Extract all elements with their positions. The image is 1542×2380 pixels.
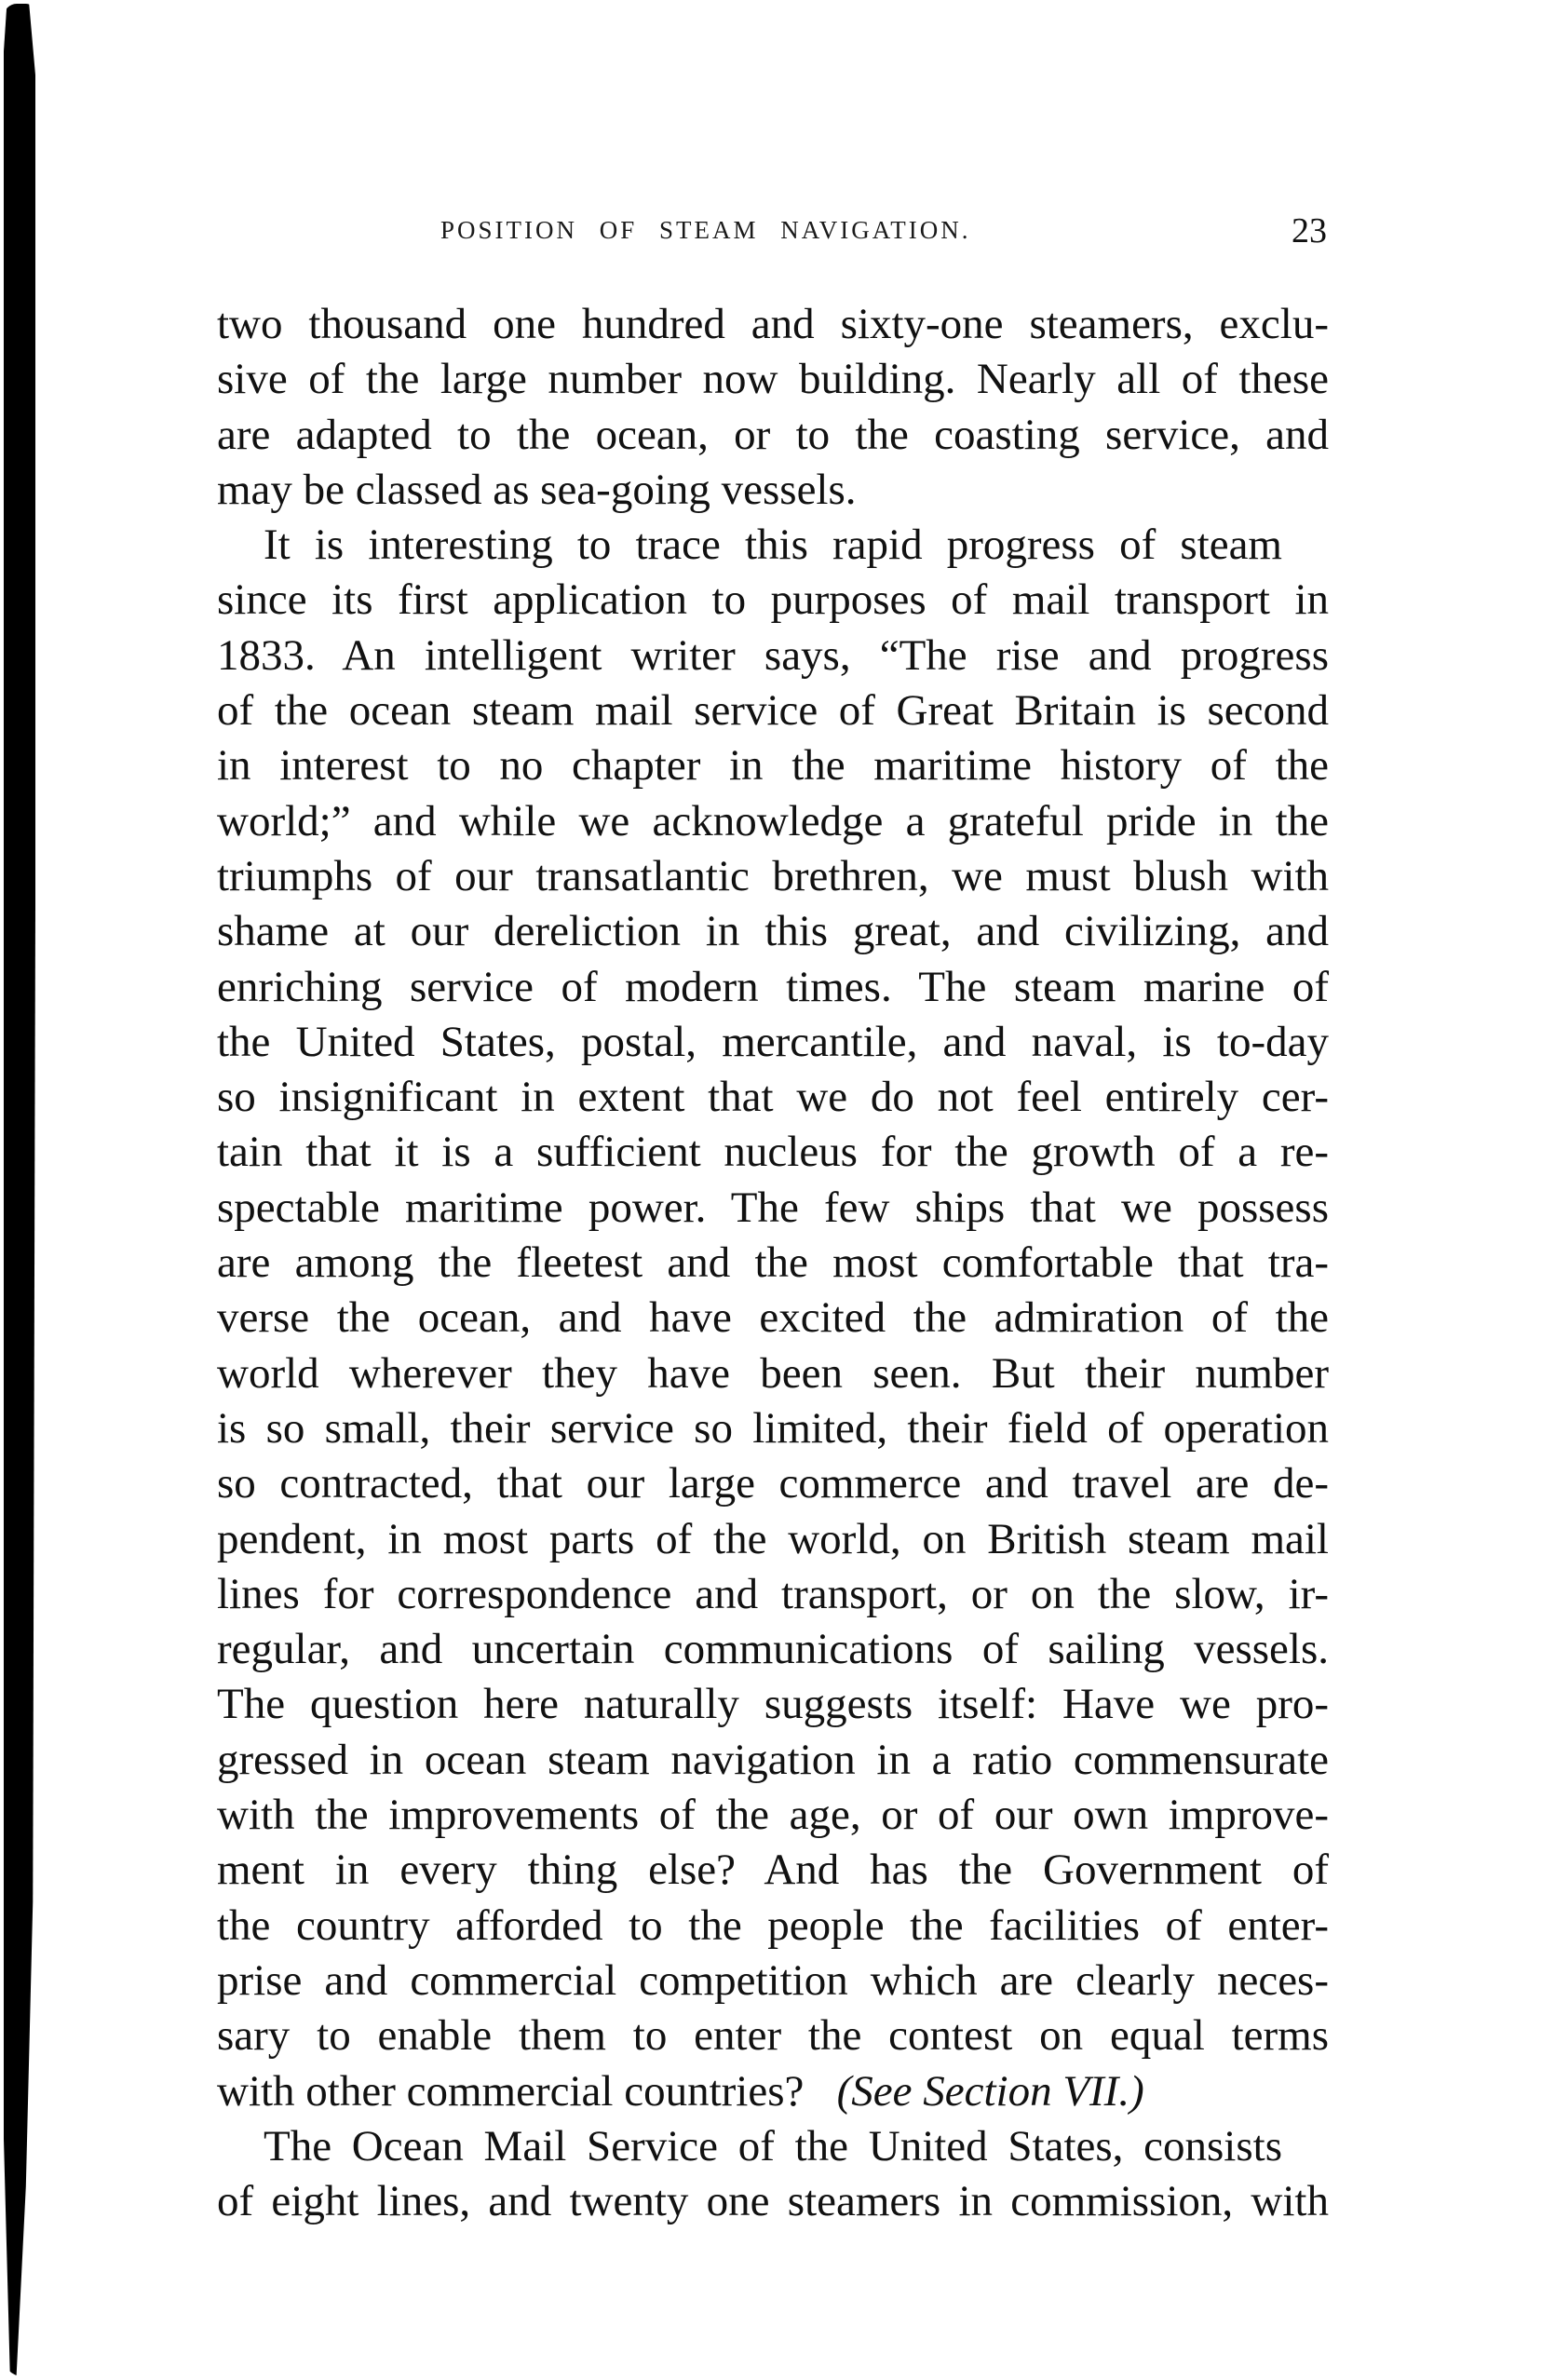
- text-line: 1833. An intelligent writer says, “The r…: [217, 629, 1329, 683]
- text-line-paragraph-start: The Ocean Mail Service of the United Sta…: [217, 2119, 1329, 2174]
- section-reference: (See Section VII.): [837, 2067, 1144, 2116]
- text-line: are among the fleetest and the most comf…: [217, 1236, 1329, 1291]
- text-line: sary to enable them to enter the contest…: [217, 2008, 1329, 2063]
- text-line: are adapted to the ocean, or to the coas…: [217, 408, 1329, 463]
- body-text: two thousand one hundred and sixty-one s…: [217, 297, 1329, 2229]
- text-line: world;” and while we acknowledge a grate…: [217, 794, 1329, 849]
- text-line: tain that it is a sufficient nucleus for…: [217, 1125, 1329, 1180]
- running-head: Position of Steam Navigation. 23: [217, 216, 1329, 253]
- text-line: so contracted, that our large commerce a…: [217, 1456, 1329, 1511]
- text-line: sive of the large number now building. N…: [217, 352, 1329, 407]
- text-line: in interest to no chapter in the maritim…: [217, 738, 1329, 793]
- text-line: ment in every thing else? And has the Go…: [217, 1843, 1329, 1898]
- text-line-paragraph-end: with other commercial countries? (See Se…: [217, 2064, 1329, 2119]
- text-line: regular, and uncertain communications of…: [217, 1622, 1329, 1677]
- text-line: shame at our dereliction in this great, …: [217, 904, 1329, 959]
- book-binding-edge: [4, 4, 35, 2376]
- text-line: prise and commercial competition which a…: [217, 1954, 1329, 2008]
- text-line: spectable maritime power. The few ships …: [217, 1181, 1329, 1236]
- text-line: the country afforded to the people the f…: [217, 1899, 1329, 1954]
- text-line: The question here naturally suggests its…: [217, 1677, 1329, 1732]
- page-number: 23: [1292, 210, 1327, 251]
- text-line: is so small, their service so limited, t…: [217, 1401, 1329, 1456]
- text-line-paragraph-start: It is interesting to trace this rapid pr…: [217, 518, 1329, 573]
- text-line: lines for correspondence and transport, …: [217, 1567, 1329, 1622]
- text-line: verse the ocean, and have excited the ad…: [217, 1291, 1329, 1346]
- text-line: of eight lines, and twenty one steamers …: [217, 2174, 1329, 2229]
- text-line: so insignificant in extent that we do no…: [217, 1070, 1329, 1125]
- text-line: world wherever they have been seen. But …: [217, 1346, 1329, 1401]
- text-line: enriching service of modern times. The s…: [217, 960, 1329, 1015]
- running-head-title: Position of Steam Navigation.: [440, 216, 971, 245]
- text-line: since its first application to purposes …: [217, 573, 1329, 628]
- text-line: gressed in ocean steam navigation in a r…: [217, 1733, 1329, 1788]
- text-line: of the ocean steam mail service of Great…: [217, 683, 1329, 738]
- text-line: two thousand one hundred and sixty-one s…: [217, 297, 1329, 352]
- text-line: pendent, in most parts of the world, on …: [217, 1512, 1329, 1567]
- text-line: the United States, postal, mercantile, a…: [217, 1015, 1329, 1070]
- text-line-paragraph-end: may be classed as sea-going vessels.: [217, 463, 1329, 518]
- text-line: triumphs of our transatlantic brethren, …: [217, 849, 1329, 904]
- text-line: with the improvements of the age, or of …: [217, 1788, 1329, 1843]
